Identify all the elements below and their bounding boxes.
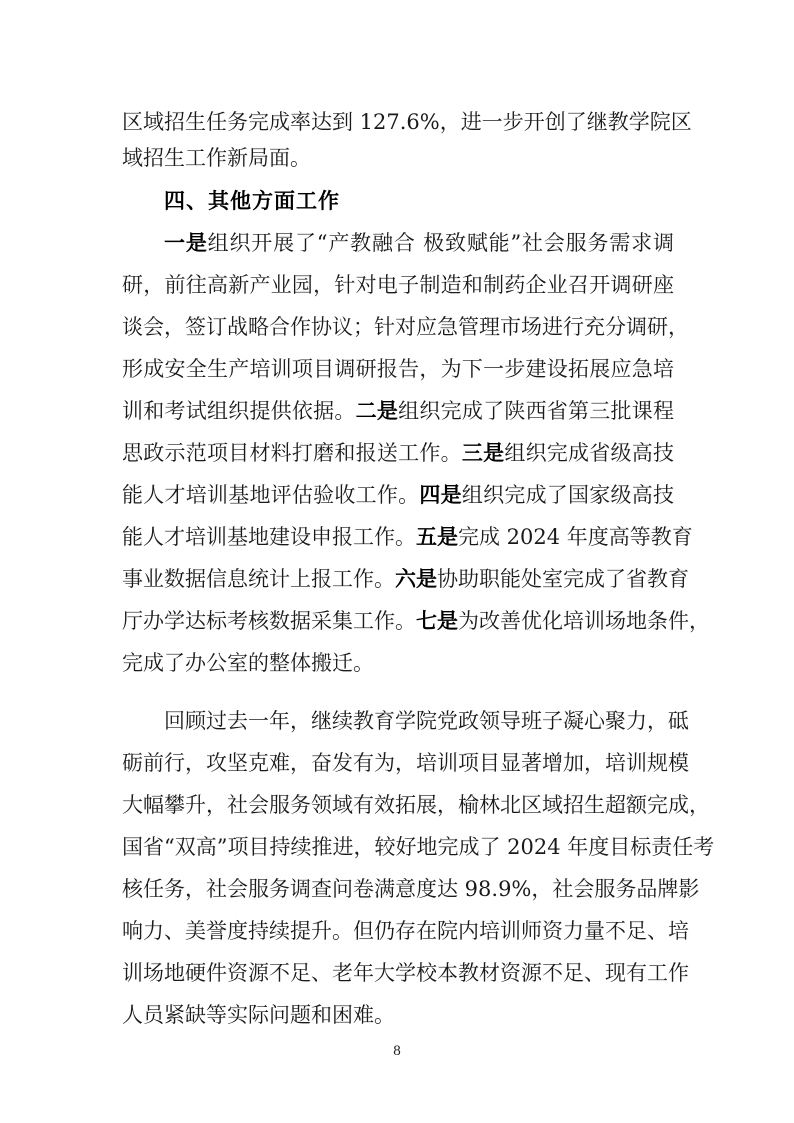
paragraph-line: 国省“双高”项目持续推进，较好地完成了 2024 年度目标责任考 (122, 832, 674, 862)
paragraph-line: 研，前往高新产业园，针对电子制造和制药企业召开调研座 (122, 270, 674, 300)
paragraph-line: 域招生工作新局面。 (122, 143, 674, 173)
item-lead-4: 四是 (419, 483, 461, 507)
paragraph-line: 训和考试组织提供依据。二是组织完成了陕西省第三批课程 (122, 396, 674, 426)
paragraph-line: 训场地硬件资源不足、老年大学校本教材资源不足、现有工作 (122, 958, 674, 988)
paragraph-line: 能人才培训基地建设申报工作。五是完成 2024 年度高等教育 (122, 522, 674, 552)
line-text: 训和考试组织提供依据。 (122, 399, 356, 423)
paragraph-line: 人员紧缺等实际问题和困难。 (122, 1000, 674, 1030)
line-text: 事业数据信息统计上报工作。 (122, 567, 395, 591)
document-page: 区域招生任务完成率达到 127.6%，进一步开创了继教学院区 域招生工作新局面。… (0, 0, 794, 1123)
line-text: 协助职能处室完成了省教育 (437, 567, 689, 591)
line-text: 组织完成省级高技 (504, 441, 674, 465)
line-text: 组织开展了“产教融合 极致赋能”社会服务需求调 (208, 231, 674, 255)
item-lead-2: 二是 (356, 399, 398, 423)
paragraph-line: 厅办学达标考核数据采集工作。七是为改善优化培训场地条件， (122, 606, 674, 636)
line-text: 能人才培训基地建设申报工作。 (122, 525, 416, 549)
line-text: 能人才培训基地评估验收工作。 (122, 483, 419, 507)
page-number: 8 (390, 1043, 404, 1060)
item-lead-7: 七是 (416, 609, 458, 633)
paragraph-line: 区域招生任务完成率达到 127.6%，进一步开创了继教学院区 (122, 107, 674, 137)
paragraph-line: 砺前行，攻坚克难，奋发有为，培训项目显著增加，培训规模 (122, 748, 674, 778)
paragraph-line: 核任务，社会服务调查问卷满意度达 98.9%，社会服务品牌影 (122, 874, 674, 904)
line-text: 厅办学达标考核数据采集工作。 (122, 609, 416, 633)
line-text: 组织完成了陕西省第三批课程 (398, 399, 674, 423)
paragraph-line: 事业数据信息统计上报工作。六是协助职能处室完成了省教育 (122, 564, 674, 594)
line-text: 完成 2024 年度高等教育 (458, 525, 693, 549)
paragraph-line: 回顾过去一年，继续教育学院党政领导班子凝心聚力，砥 (164, 706, 674, 736)
line-text: 组织完成了国家级高技 (462, 483, 674, 507)
paragraph-line: 形成安全生产培训项目调研报告，为下一步建设拓展应急培 (122, 354, 674, 384)
paragraph-line: 谈会，签订战略合作协议；针对应急管理市场进行充分调研， (122, 312, 674, 342)
line-text: 为改善优化培训场地条件， (458, 609, 710, 633)
section-heading: 四、其他方面工作 (164, 186, 340, 216)
paragraph-line: 思政示范项目材料打磨和报送工作。三是组织完成省级高技 (122, 438, 674, 468)
item-lead-3: 三是 (462, 441, 504, 465)
paragraph-line: 大幅攀升，社会服务领域有效拓展，榆林北区域招生超额完成， (122, 790, 674, 820)
item-lead-1: 一是 (164, 231, 208, 255)
paragraph-line: 能人才培训基地评估验收工作。四是组织完成了国家级高技 (122, 480, 674, 510)
paragraph-line: 完成了办公室的整体搬迁。 (122, 648, 674, 678)
paragraph-line: 一是组织开展了“产教融合 极致赋能”社会服务需求调 (164, 228, 674, 258)
line-text: 思政示范项目材料打磨和报送工作。 (122, 441, 462, 465)
item-lead-6: 六是 (395, 567, 437, 591)
paragraph-line: 响力、美誉度持续提升。但仍存在院内培训师资力量不足、培 (122, 916, 674, 946)
item-lead-5: 五是 (416, 525, 458, 549)
